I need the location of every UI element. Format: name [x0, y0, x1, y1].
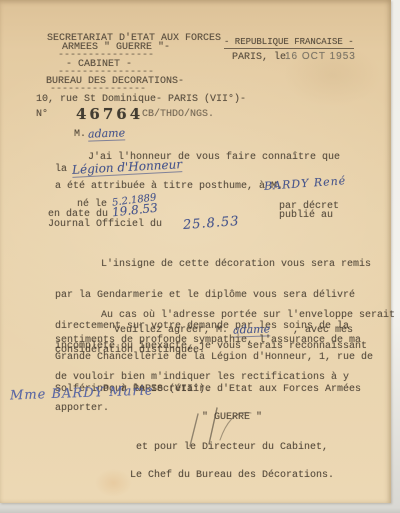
paper-sheet: SECRETARIAT D'ETAT AUX FORCES ARMEES " G… [0, 0, 391, 503]
intro-line2-typed: la [55, 165, 67, 175]
closing-line3: considération distinguée. [55, 346, 205, 356]
salutation-handwritten-text: adame [88, 126, 126, 141]
signature-line: Le Chef du Bureau des Décorations. [92, 471, 372, 480]
numero-label: N° [36, 110, 48, 120]
republique-line: - REPUBLIQUE FRANCAISE - [224, 37, 354, 49]
numero-stamp: 46764 [76, 105, 143, 123]
journal-date-handwritten: 25.8.53 [183, 214, 241, 233]
paragraph-line: Au cas où l'adresse portée sur l'envelop… [55, 311, 375, 321]
scanned-letter-page: SECRETARIAT D'ETAT AUX FORCES ARMEES " G… [0, 0, 400, 513]
place-date-line: PARIS, le [232, 53, 286, 63]
recipient-name-handwritten: BARDY René [264, 174, 347, 193]
paragraph-line: L'insigne de cette décoration vous sera … [55, 260, 375, 270]
date-stamp: 16 OCT 1953 [285, 51, 356, 62]
salutation-handwritten: adame [88, 126, 126, 140]
decree-note2: publié au [279, 211, 333, 221]
file-reference: CB/THDO/NGS. [142, 110, 214, 120]
signature-paraph [165, 400, 275, 455]
salutation-typed: M. [74, 130, 86, 140]
intro-line3-typed: a été attribuée à titre posthume, à M. [55, 182, 283, 192]
letterhead-address: 10, rue St Dominique- PARIS (VII°)- [36, 95, 246, 105]
journal-label: Journal Officiel du [48, 220, 162, 230]
